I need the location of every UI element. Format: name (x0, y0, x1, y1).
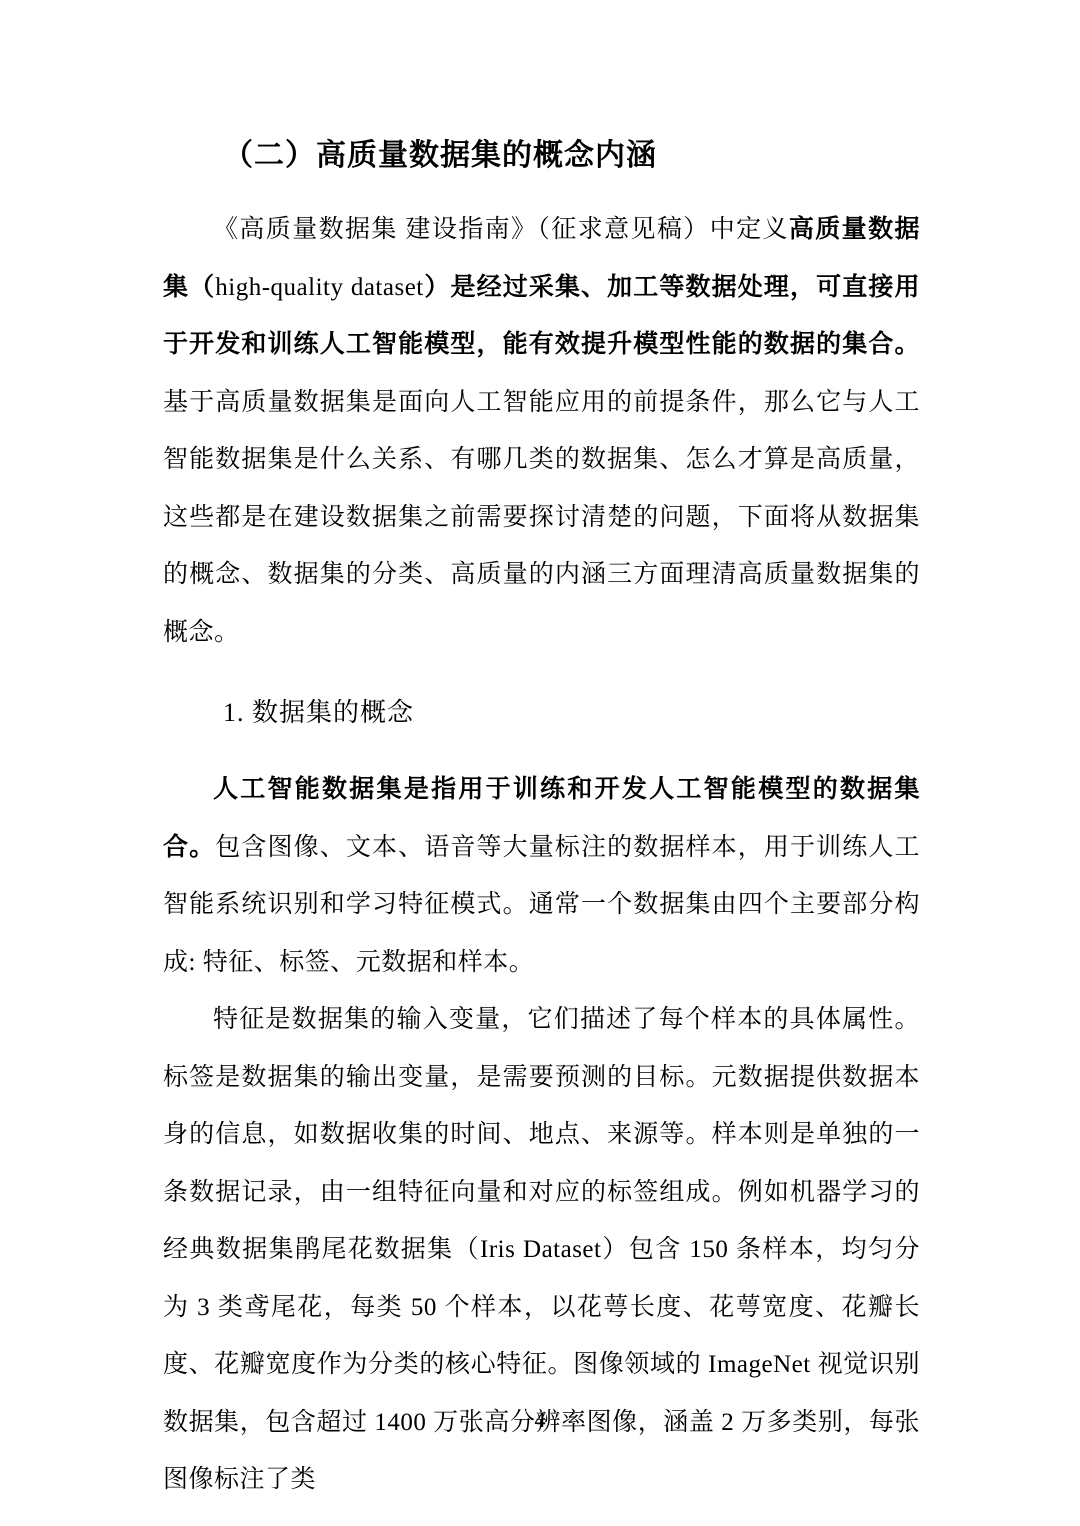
paragraph-definition: 《高质量数据集 建设指南》（征求意见稿）中定义高质量数据集（high-quali… (163, 201, 920, 661)
document-page: （二）高质量数据集的概念内涵 《高质量数据集 建设指南》（征求意见稿）中定义高质… (0, 0, 1080, 1526)
section-heading: （二）高质量数据集的概念内涵 (223, 132, 920, 180)
page-number: 4 (0, 1406, 1080, 1434)
page-content: （二）高质量数据集的概念内涵 《高质量数据集 建设指南》（征求意见稿）中定义高质… (163, 132, 920, 1509)
paragraph-dataset-concept: 人工智能数据集是指用于训练和开发人工智能模型的数据集合。包含图像、文本、语音等大… (163, 761, 920, 991)
sub-heading-dataset-concept: 1. 数据集的概念 (223, 693, 920, 733)
